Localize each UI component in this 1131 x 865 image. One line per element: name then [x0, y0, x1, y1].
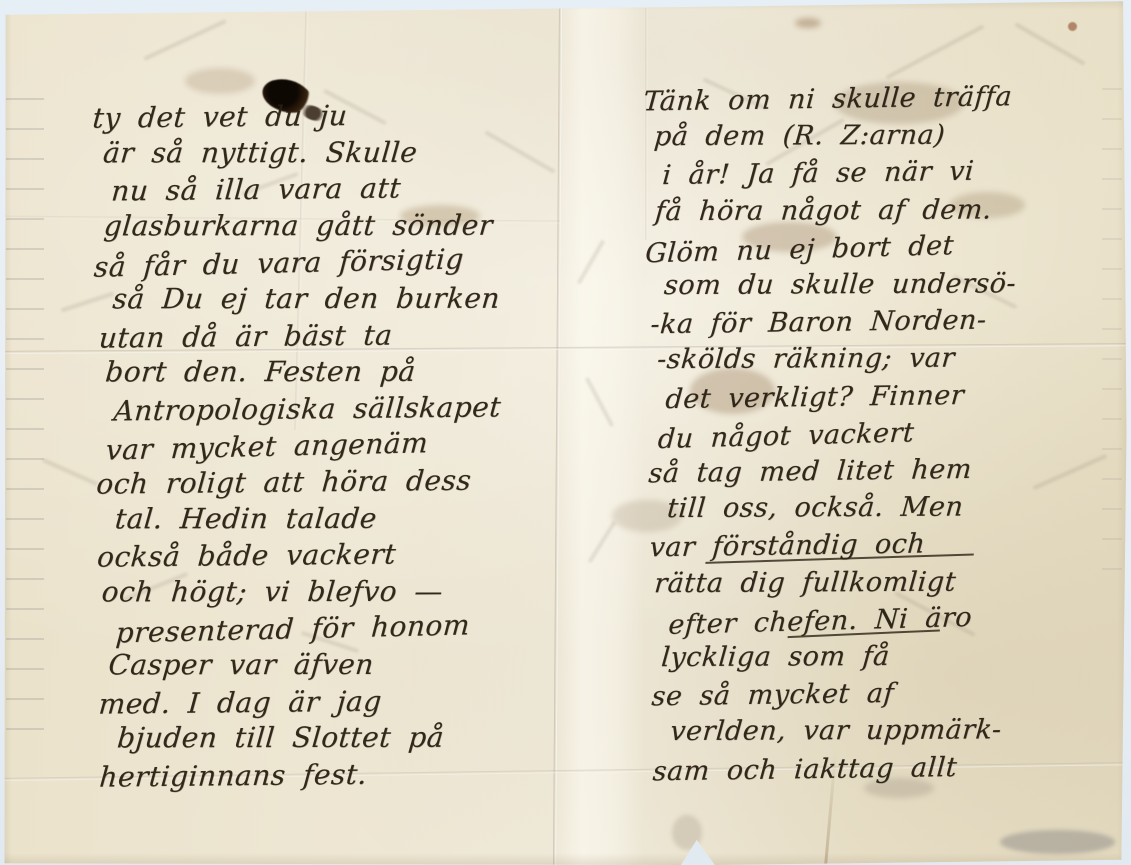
handwriting-line: Casper var äfven — [107, 646, 605, 683]
handwriting-line: i år! Ja få se när vi — [661, 151, 1124, 195]
handwriting-line: till oss, också. Men — [666, 488, 1129, 528]
show-through-stroke — [885, 24, 984, 79]
show-through-ruled-lines — [6, 70, 44, 730]
handwriting-line: så tag med litet hem — [647, 449, 1128, 493]
foxing-spot — [795, 18, 821, 28]
handwriting-line: se så mycket af — [650, 672, 1131, 716]
handwriting-line: på dem (R. Z:arna) — [652, 116, 1123, 156]
handwriting-line: som du skulle undersö- — [663, 265, 1126, 305]
handwriting-line: ty det vet du ju — [91, 95, 599, 137]
stain — [672, 815, 702, 850]
handwriting-line: tal. Hedin talade — [113, 500, 603, 537]
show-through-stroke — [143, 19, 226, 61]
letter-page-right: Tänk om ni skulle träffa på dem (R. Z:ar… — [643, 77, 1131, 790]
handwriting-line: så Du ej tar den burken — [111, 280, 601, 317]
handwriting-line: är så nyttigt. Skulle — [102, 134, 600, 171]
handwriting-line: sam och iakttag allt — [651, 746, 1131, 790]
handwriting-line: -ka för Baron Norden- — [649, 300, 1126, 344]
handwriting-line: lyckliga som få — [660, 637, 1131, 677]
show-through-stroke — [42, 458, 98, 486]
letter-paper: ty det vet du ju är så nyttigt. Skulle n… — [0, 0, 1131, 865]
letter-page-left: ty det vet du ju är så nyttigt. Skulle n… — [92, 95, 604, 796]
foxing-spot — [1068, 22, 1077, 31]
handwriting-line: så får du vara försigtig — [93, 239, 601, 287]
stain — [185, 68, 255, 94]
handwriting-line: bjuden till Slottet på — [116, 720, 606, 757]
stain — [1000, 830, 1115, 854]
handwriting-line: presenterad för honom — [115, 605, 605, 653]
handwriting-line: också både vackert — [96, 534, 604, 576]
handwriting-line: nu så illa vara att — [110, 169, 600, 211]
handwriting-line: verlden, var uppmärk- — [669, 711, 1131, 751]
handwriting-line: med. I dag är jag — [97, 681, 605, 723]
handwriting-line-underlined: var förståndig och — [648, 523, 1129, 567]
scanned-letter-photo: ty det vet du ju är så nyttigt. Skulle n… — [0, 0, 1131, 865]
handwriting-line: och roligt att höra dess — [95, 461, 603, 503]
handwriting-line: bort den. Festen på — [104, 354, 602, 391]
handwriting-line: -skölds räkning; var — [656, 339, 1127, 379]
handwriting-line: hertiginnans fest. — [98, 754, 606, 796]
handwriting-line: utan då är bäst ta — [97, 315, 601, 357]
handwriting-line: Tänk om ni skulle träffa — [642, 77, 1123, 121]
